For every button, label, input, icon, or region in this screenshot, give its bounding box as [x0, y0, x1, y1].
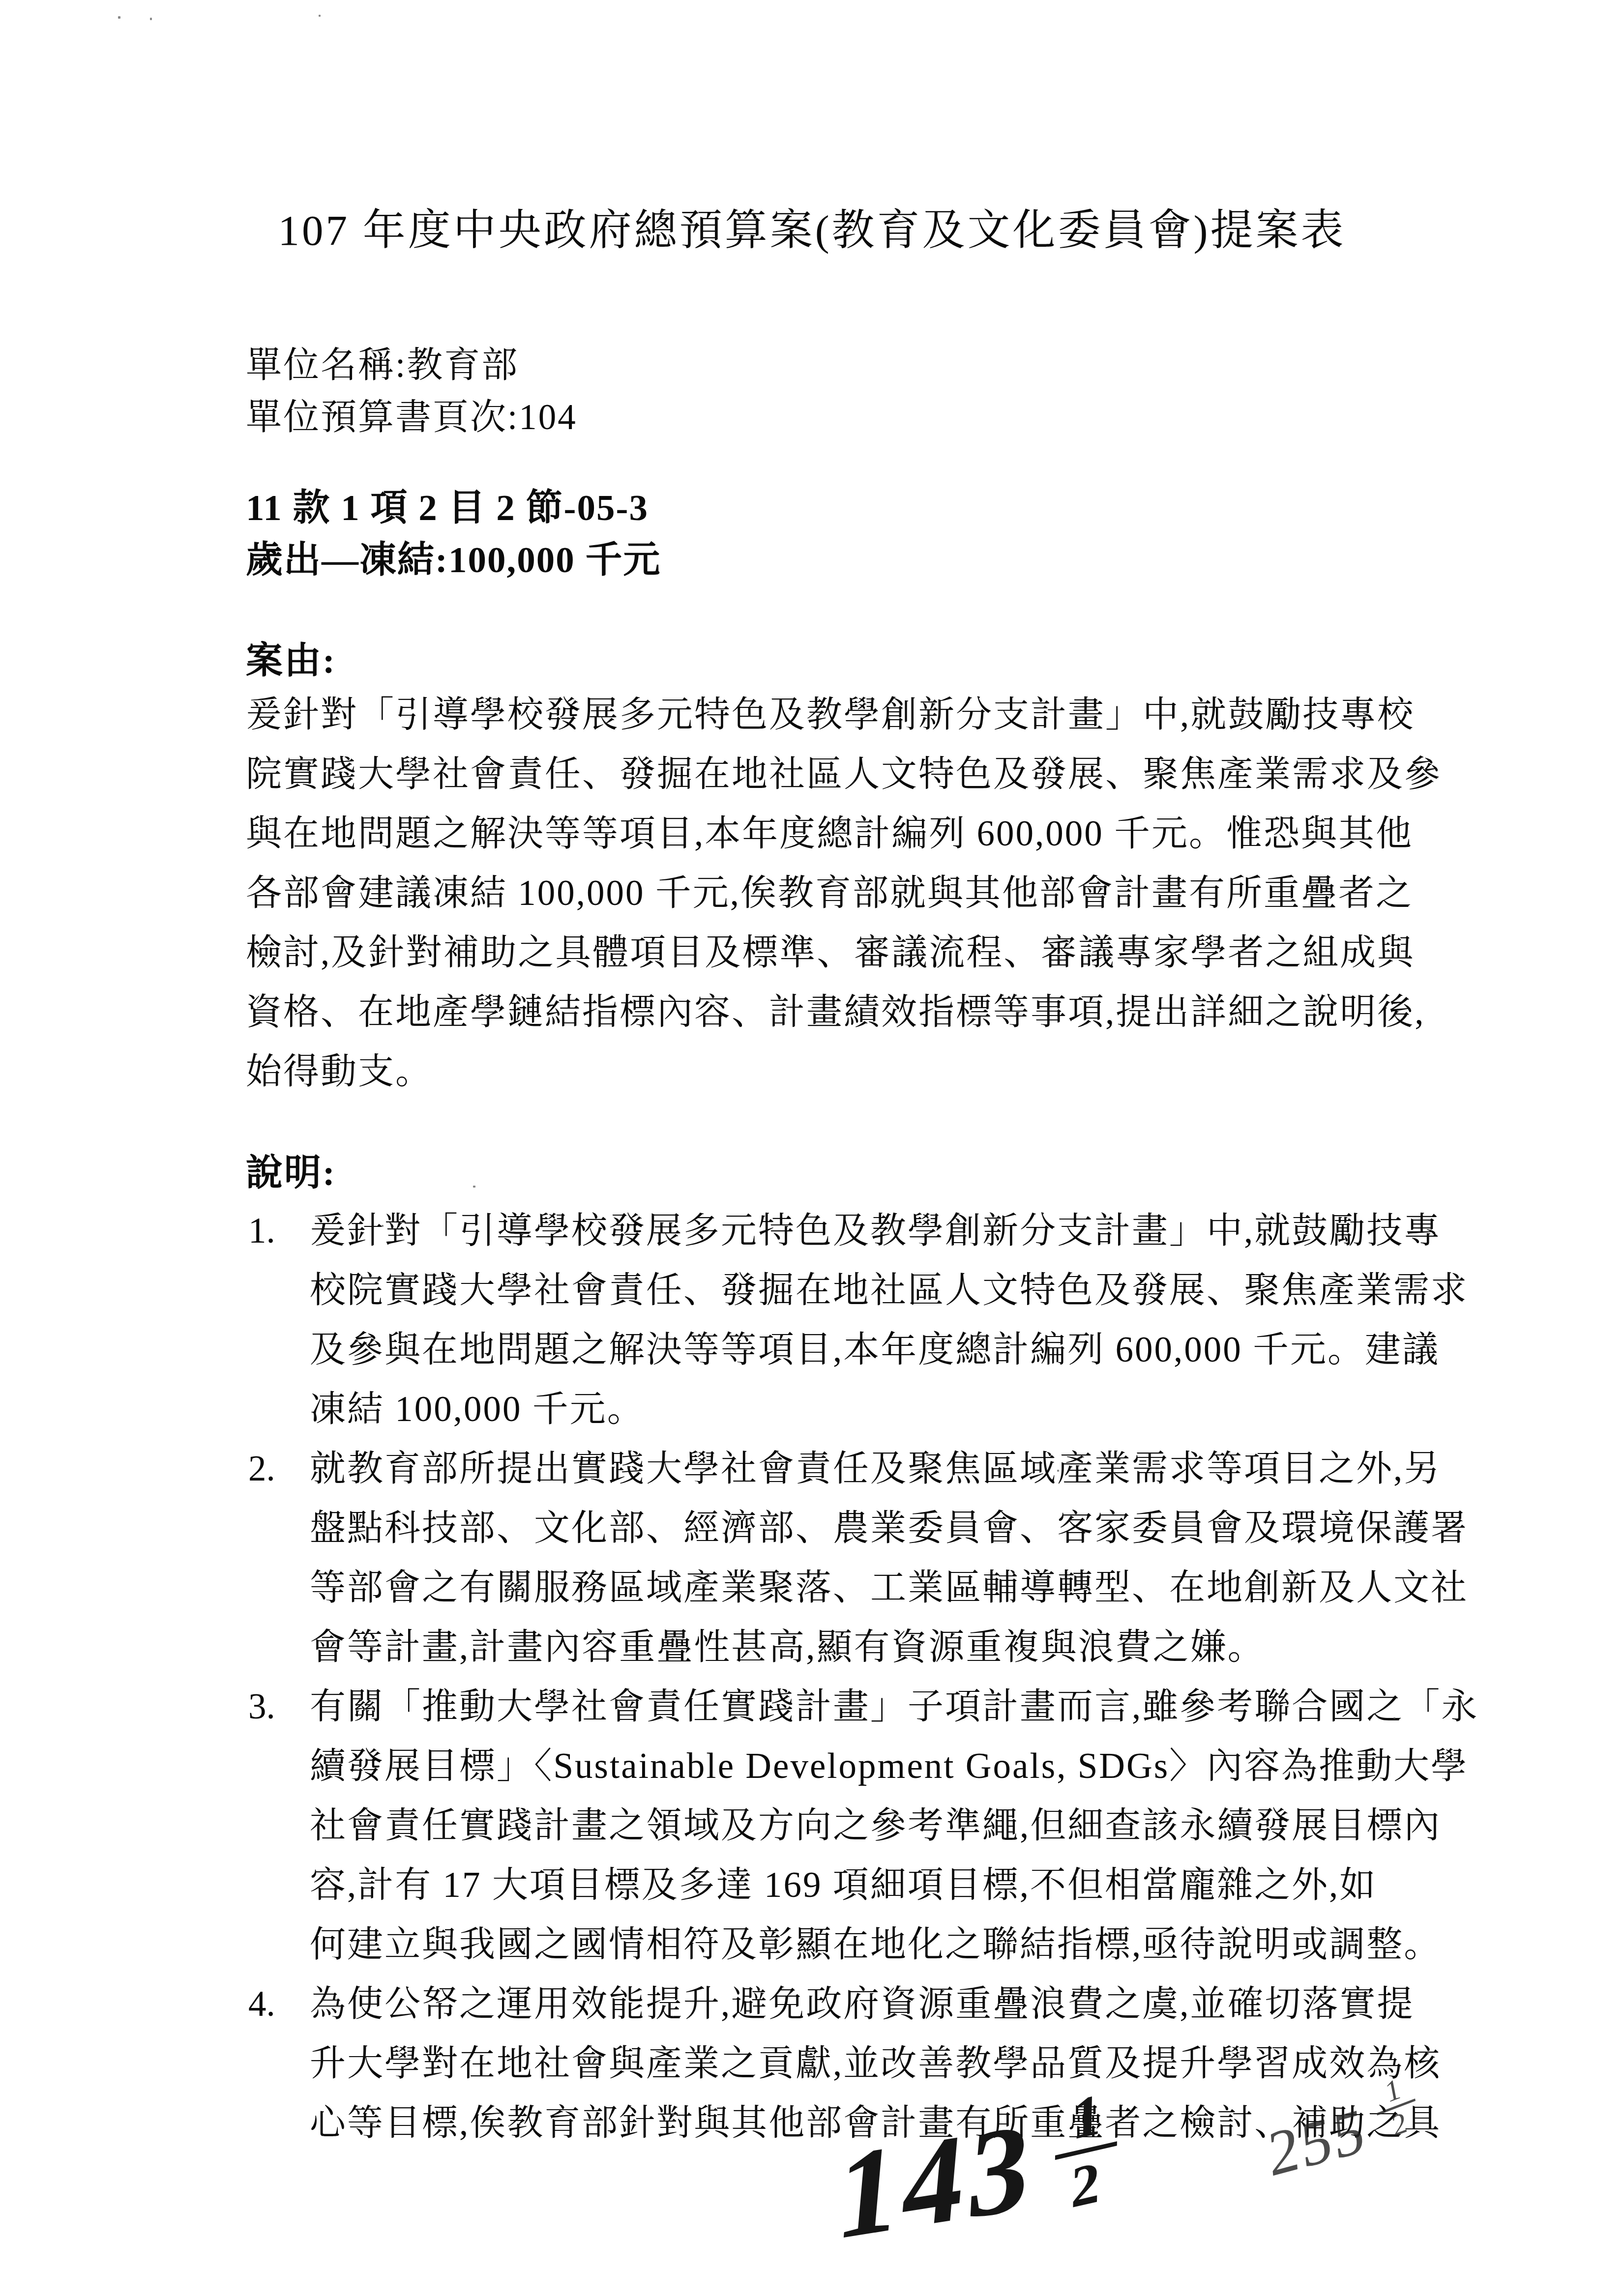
item-number: 3. — [248, 1677, 310, 1736]
item-line: 有關「推動大學社會責任實踐計畫」子項計畫而言,雖參考聯合國之「永 — [310, 1677, 1478, 1736]
item-line: 為使公帑之運用效能提升,避免政府資源重疊浪費之虞,並確切落實提 — [310, 1974, 1441, 2034]
handwritten-number: 143 — [832, 2103, 1039, 2260]
item-line: 何建立與我國之國情相符及彰顯在地化之聯結指標,亟待說明或調整。 — [310, 1915, 1478, 1974]
case-line: 與在地問題之解決等等項目,本年度總計編列 600,000 千元。惟恐與其他 — [246, 804, 1442, 863]
case-line: 始得動支。 — [246, 1042, 1442, 1101]
scan-speckle — [473, 1186, 475, 1188]
item-line: 升大學對在地社會與產業之貢獻,並改善教學品質及提升學習成效為核 — [310, 2034, 1441, 2093]
scanned-document-page: 107 年度中央政府總預算案(教育及文化委員會)提案表 單位名稱:教育部 單位預… — [0, 0, 1624, 2296]
item-line: 續發展目標」〈Sustainable Development Goals, SD… — [310, 1736, 1478, 1796]
explanation-list: 1. 爰針對「引導學校發展多元特色及教學創新分支計畫」中,就鼓勵技專 校院實踐大… — [248, 1201, 1478, 2152]
item-line: 容,計有 17 大項目標及多達 169 項細項目標,不但相當龐雜之外,如 — [310, 1855, 1478, 1915]
item-line: 盤點科技部、文化部、經濟部、農業委員會、客家委員會及環境保護署 — [310, 1498, 1468, 1558]
item-line: 爰針對「引導學校發展多元特色及教學創新分支計畫」中,就鼓勵技專 — [310, 1201, 1468, 1260]
item-line: 會等計畫,計畫內容重疊性甚高,顯有資源重複與浪費之嫌。 — [310, 1617, 1468, 1677]
item-line: 等部會之有關服務區域產業聚落、工業區輔導轉型、在地創新及人文社 — [310, 1558, 1468, 1617]
scan-speckle — [150, 18, 152, 20]
handwritten-fraction: 1 2 — [1054, 2083, 1118, 2222]
item-line: 就教育部所提出實踐大學社會責任及聚焦區域產業需求等項目之外,另 — [310, 1439, 1468, 1498]
item-line: 社會責任實踐計畫之領域及方向之參考準繩,但細查該永續發展目標內 — [310, 1796, 1478, 1855]
explanation-heading: 說明: — [246, 1143, 336, 1196]
case-line: 院實踐大學社會責任、發掘在地社區人文特色及發展、聚焦產業需求及參 — [246, 744, 1442, 804]
scan-speckle — [1057, 1470, 1059, 1472]
budget-code-line: 11 款 1 項 2 目 2 節-05-3 — [246, 478, 649, 531]
explanation-item: 3. 有關「推動大學社會責任實踐計畫」子項計畫而言,雖參考聯合國之「永 續發展目… — [248, 1677, 1478, 1974]
item-line: 校院實踐大學社會責任、發掘在地社區人文特色及發展、聚焦產業需求 — [310, 1260, 1468, 1320]
item-number: 1. — [248, 1201, 310, 1260]
item-line: 及參與在地問題之解決等等項目,本年度總計編列 600,000 千元。建議 — [310, 1320, 1468, 1379]
case-paragraph: 爰針對「引導學校發展多元特色及教學創新分支計畫」中,就鼓勵技專校 院實踐大學社會… — [246, 685, 1442, 1101]
case-line: 資格、在地產學鏈結指標內容、計畫績效指標等事項,提出詳細之說明後, — [246, 982, 1442, 1042]
case-heading: 案由: — [246, 631, 336, 684]
explanation-item: 2. 就教育部所提出實踐大學社會責任及聚焦區域產業需求等項目之外,另 盤點科技部… — [248, 1439, 1478, 1677]
scan-speckle — [118, 16, 120, 19]
case-line: 檢討,及針對補助之具體項目及標準、審議流程、審議專家學者之組成與 — [246, 923, 1442, 982]
item-line: 凍結 100,000 千元。 — [310, 1379, 1468, 1439]
case-line: 爰針對「引導學校發展多元特色及教學創新分支計畫」中,就鼓勵技專校 — [246, 685, 1442, 744]
freeze-amount-line: 歲出—凍結:100,000 千元 — [246, 530, 661, 583]
item-number: 2. — [248, 1439, 310, 1498]
case-line: 各部會建議凍結 100,000 千元,俟教育部就與其他部會計畫有所重疊者之 — [246, 863, 1442, 923]
scan-speckle — [319, 15, 321, 17]
explanation-item: 1. 爰針對「引導學校發展多元特色及教學創新分支計畫」中,就鼓勵技專 校院實踐大… — [248, 1201, 1478, 1439]
unit-name-line: 單位名稱:教育部 — [246, 336, 519, 387]
document-title: 107 年度中央政府總預算案(教育及文化委員會)提案表 — [0, 196, 1624, 257]
scan-speckle — [1393, 1717, 1395, 1719]
unit-budget-page-line: 單位預算書頁次:104 — [246, 388, 577, 439]
item-number: 4. — [248, 1974, 310, 2034]
scan-speckle — [382, 1225, 384, 1227]
